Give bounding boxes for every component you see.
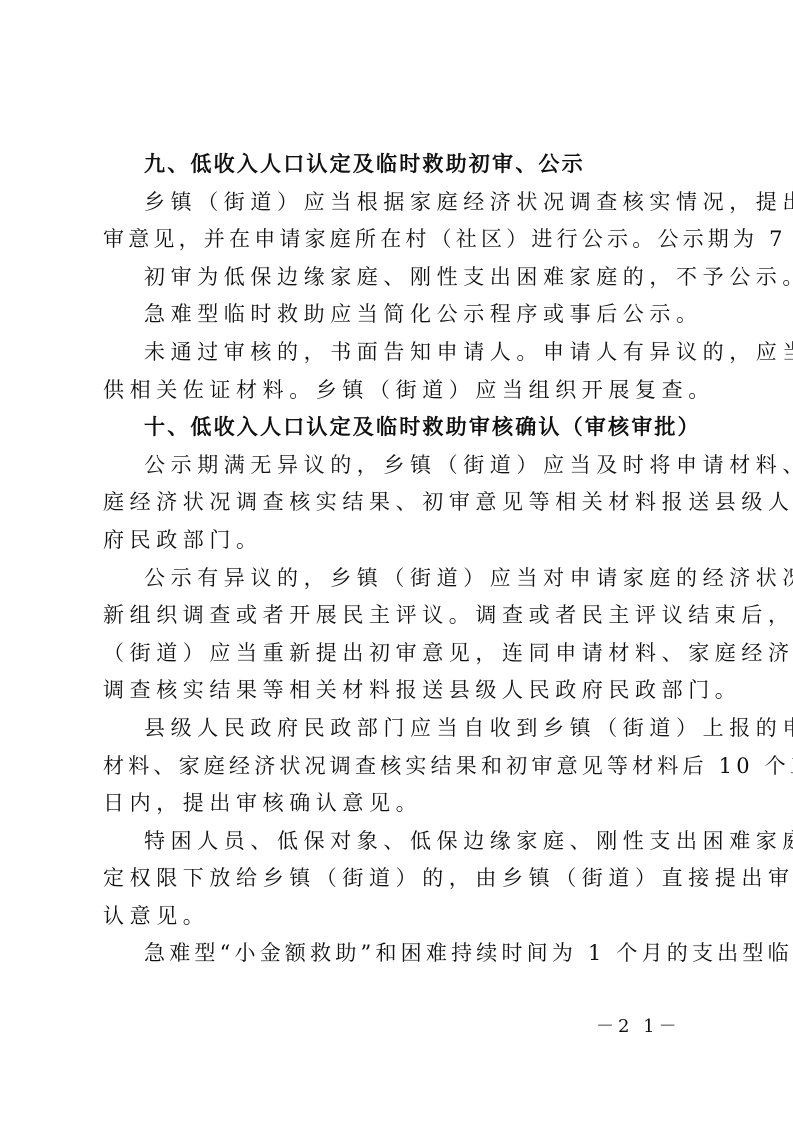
paragraph-line: 公示期满无异议的，乡镇（街道）应当及时将申请材料、家 xyxy=(103,447,693,485)
document-page: 九、低收入人口认定及临时救助初审、公示 乡镇（街道）应当根据家庭经济状况调查核实… xyxy=(103,146,693,973)
section-heading-9: 九、低收入人口认定及临时救助初审、公示 xyxy=(103,146,693,184)
paragraph-line: 急难型临时救助应当简化公示程序或事后公示。 xyxy=(103,296,693,334)
paragraph-line: （街道）应当重新提出初审意见，连同申请材料、家庭经济状况 xyxy=(103,635,693,673)
paragraph-line: 公示有异议的，乡镇（街道）应当对申请家庭的经济状况重 xyxy=(103,560,693,598)
paragraph-line: 新组织调查或者开展民主评议。调查或者民主评议结束后，乡镇 xyxy=(103,597,693,635)
paragraph-line: 审意见，并在申请家庭所在村（社区）进行公示。公示期为 7 天。 xyxy=(103,221,693,259)
paragraph-line: 认意见。 xyxy=(103,898,693,936)
paragraph-line: 供相关佐证材料。乡镇（街道）应当组织开展复查。 xyxy=(103,372,693,410)
paragraph-line: 材料、家庭经济状况调查核实结果和初审意见等材料后 10 个工作 xyxy=(103,748,693,786)
paragraph-line: 县级人民政府民政部门应当自收到乡镇（街道）上报的申请 xyxy=(103,710,693,748)
paragraph-line: 急难型“小金额救助”和困难持续时间为 1 个月的支出型临时 xyxy=(103,935,693,973)
page-number: －2 1－ xyxy=(596,1012,681,1038)
paragraph-line: 初审为低保边缘家庭、刚性支出困难家庭的，不予公示。 xyxy=(103,259,693,297)
paragraph-line: 日内，提出审核确认意见。 xyxy=(103,785,693,823)
paragraph-line: 特困人员、低保对象、低保边缘家庭、刚性支出困难家庭认 xyxy=(103,823,693,861)
paragraph-line: 未通过审核的，书面告知申请人。申请人有异议的，应当提 xyxy=(103,334,693,372)
paragraph-line: 调查核实结果等相关材料报送县级人民政府民政部门。 xyxy=(103,672,693,710)
paragraph-line: 府民政部门。 xyxy=(103,522,693,560)
paragraph-line: 乡镇（街道）应当根据家庭经济状况调查核实情况，提出初 xyxy=(103,184,693,222)
paragraph-line: 庭经济状况调查核实结果、初审意见等相关材料报送县级人民政 xyxy=(103,484,693,522)
paragraph-line: 定权限下放给乡镇（街道）的，由乡镇（街道）直接提出审核确 xyxy=(103,860,693,898)
section-heading-10: 十、低收入人口认定及临时救助审核确认（审核审批） xyxy=(103,409,693,447)
